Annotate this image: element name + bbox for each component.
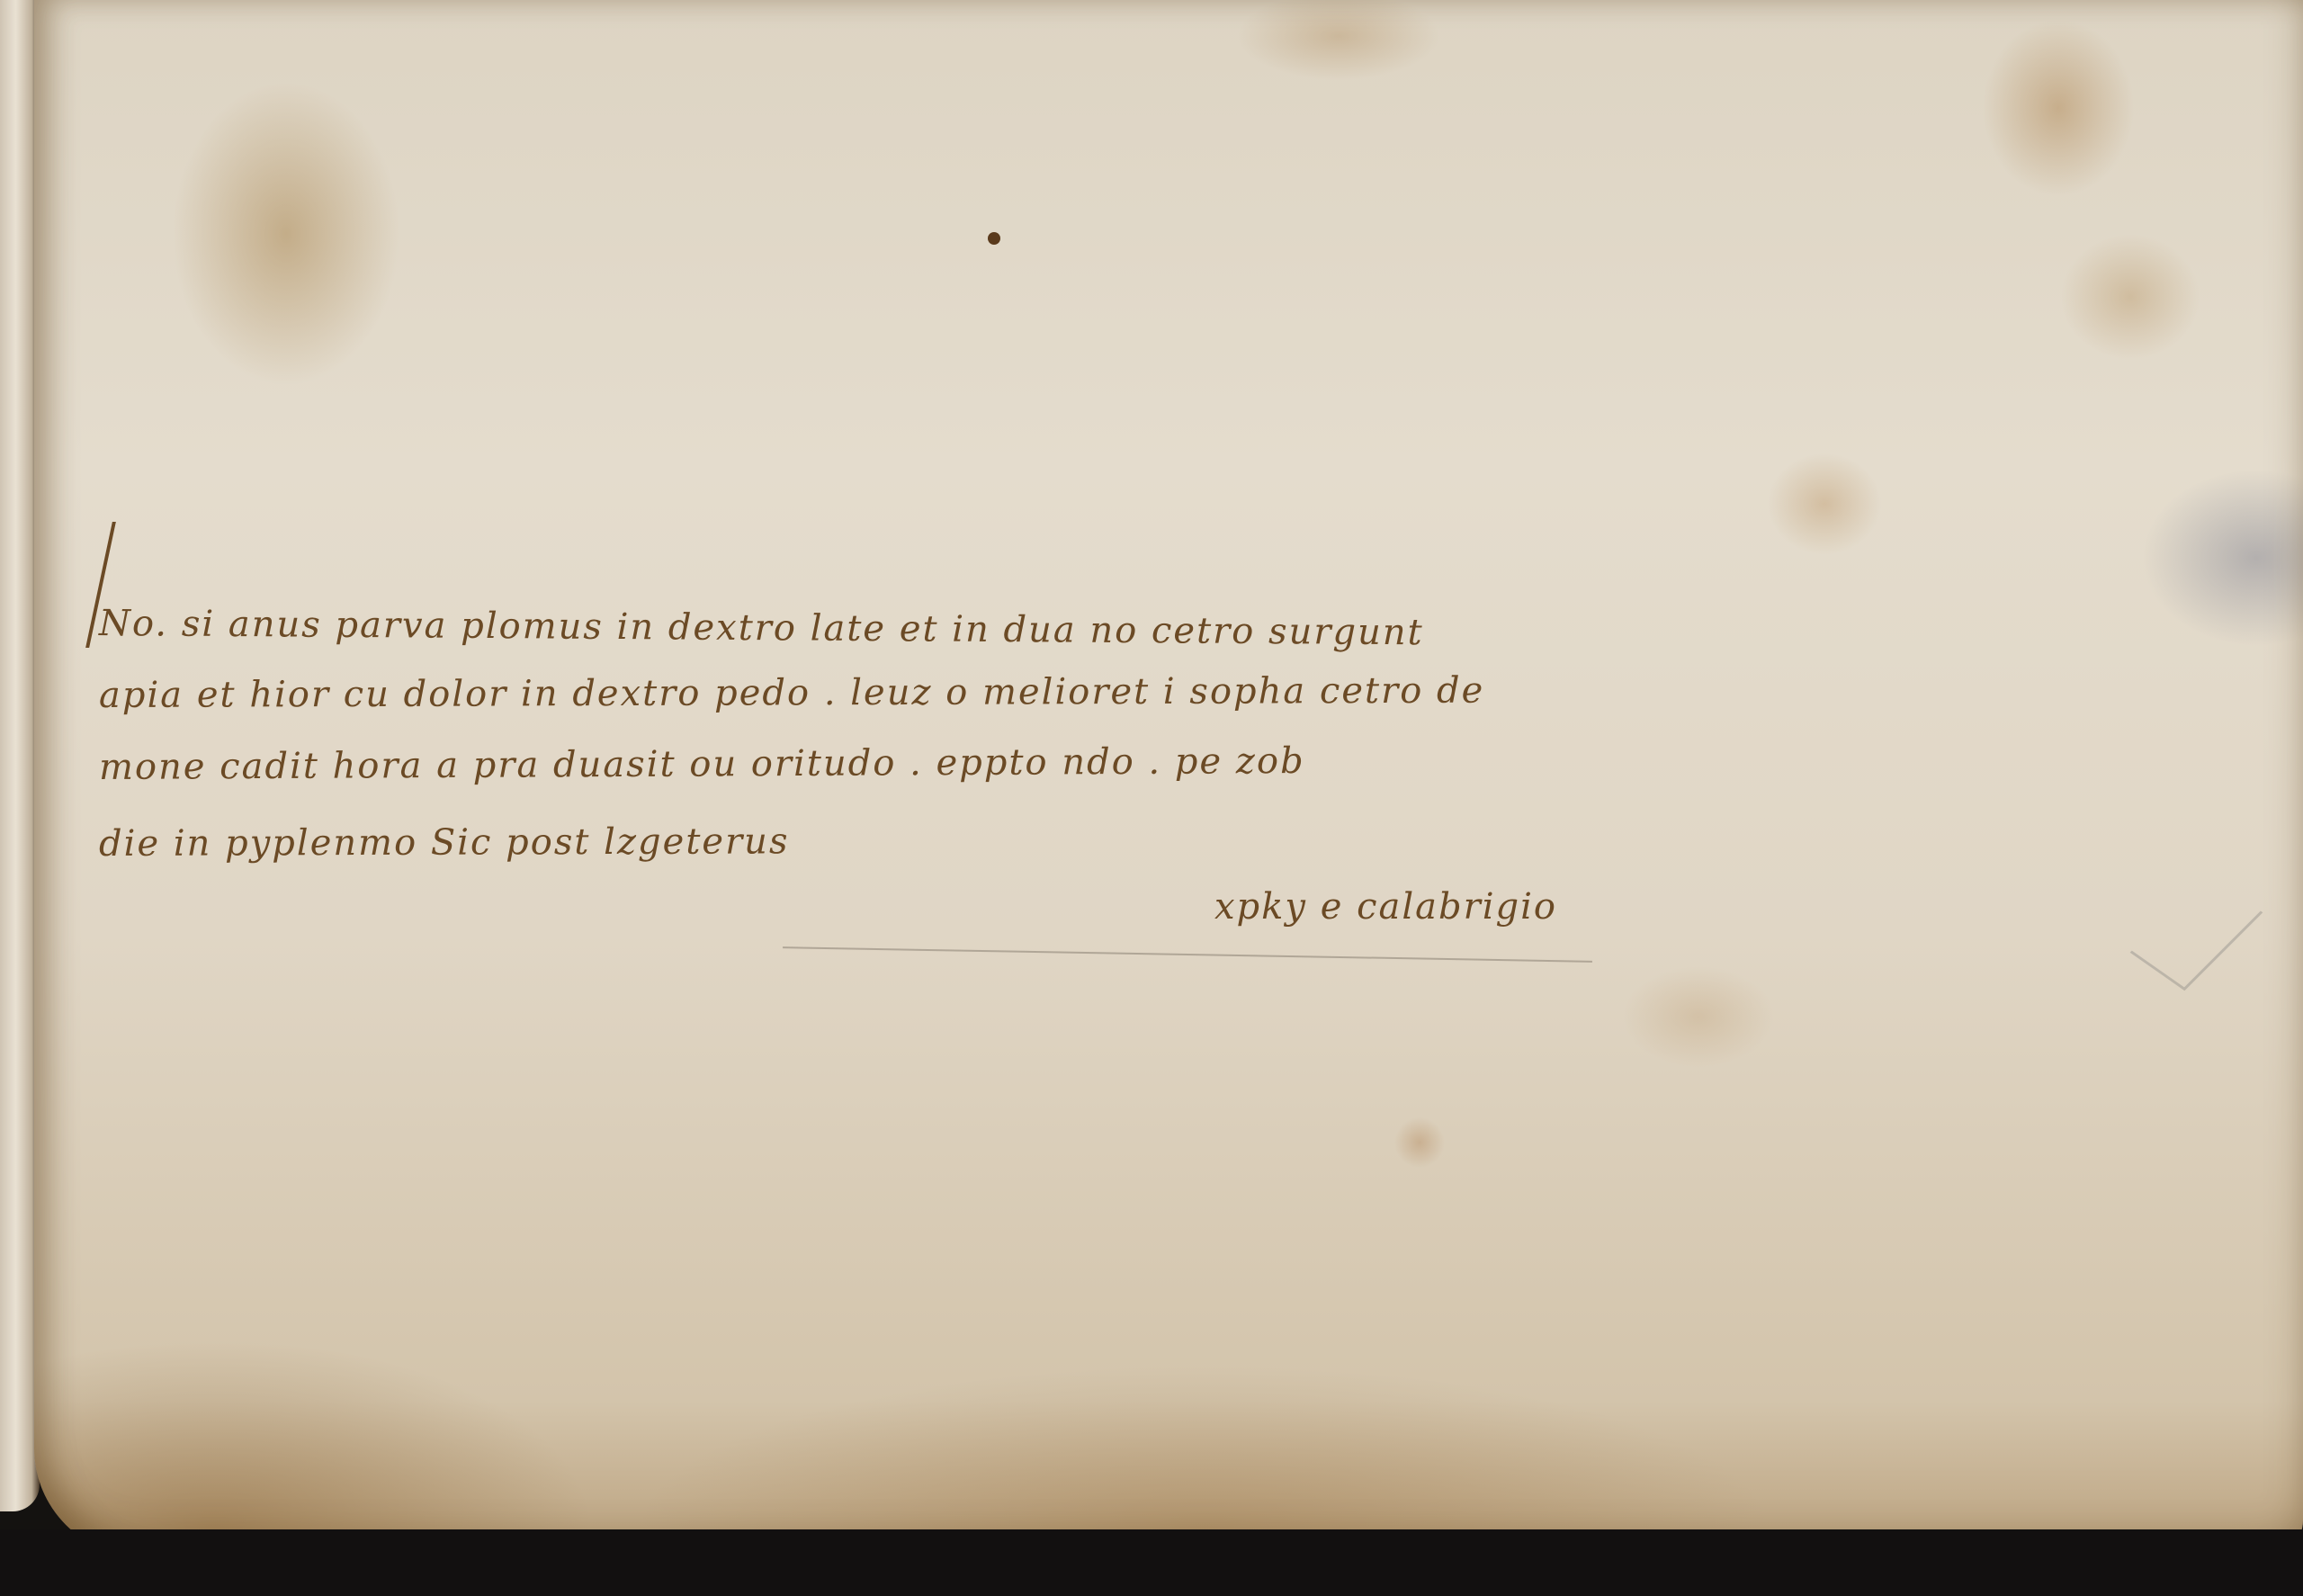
background-shadow xyxy=(0,1529,2303,1596)
text-line-3: mone cadit hora a pra duasit ou oritudo … xyxy=(99,740,1305,788)
text-line-5: xpky e calabrigio xyxy=(1214,886,1557,928)
text-line-2: apia et hior cu dolor in dextro pedo . l… xyxy=(99,670,1484,716)
manuscript-photo: No. si anus parva plomus in dextro late … xyxy=(0,0,2303,1596)
text-line-4: die in pyplenmo Sic post lzgeterus xyxy=(99,820,790,865)
ink-spot xyxy=(988,232,1000,245)
